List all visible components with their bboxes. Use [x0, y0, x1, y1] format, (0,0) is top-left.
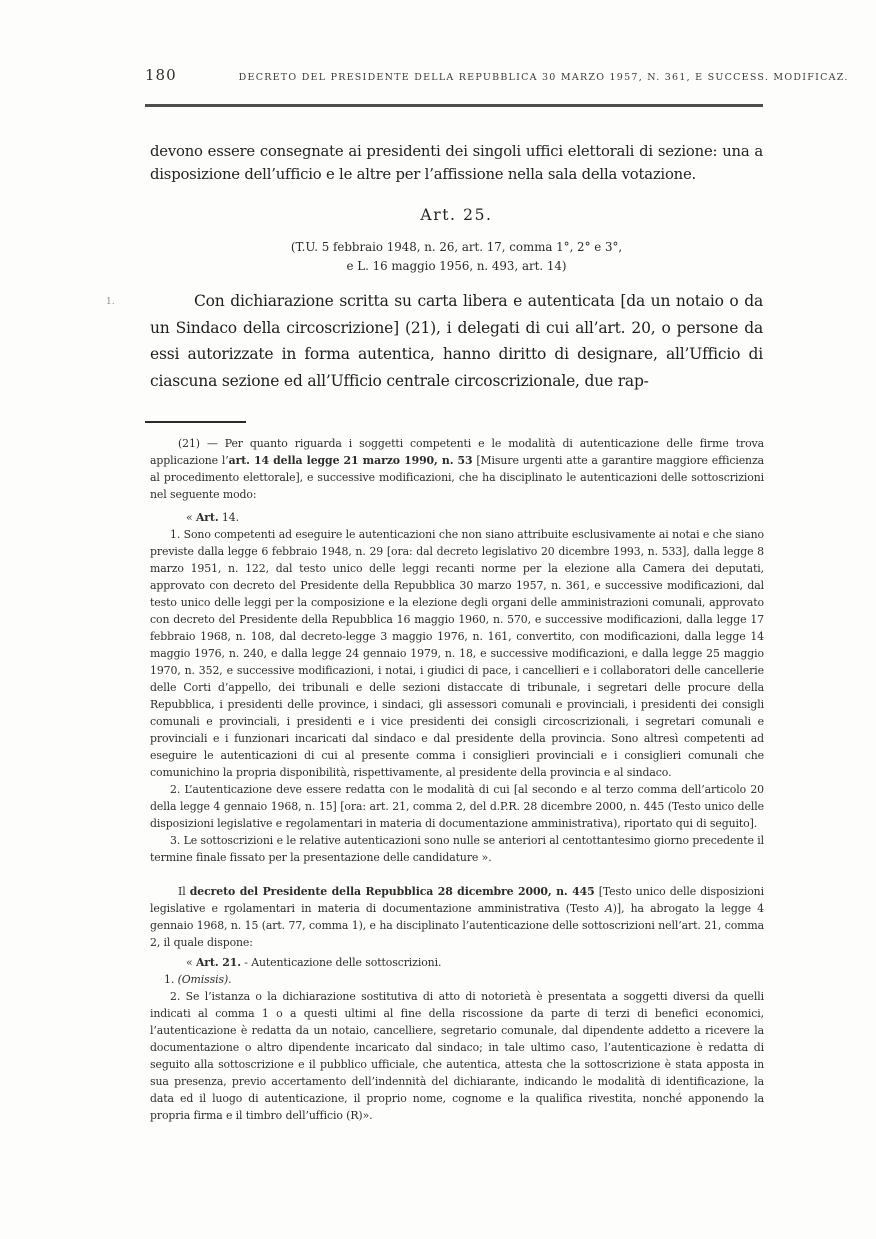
footnote-separator-rule [145, 421, 246, 423]
citation-block: (T.U. 5 febbraio 1948, n. 26, art. 17, c… [150, 238, 763, 276]
header-rule [145, 104, 763, 107]
footnotes-section: (21) — Per quanto riguarda i soggetti co… [150, 435, 764, 1124]
running-header: 180 DECRETO DEL PRESIDENTE DELLA REPUBBL… [145, 66, 763, 84]
citation-line-2: e L. 16 maggio 1956, n. 493, art. 14) [150, 257, 763, 276]
footnote-art21-comma1: 1. (Omissis). [150, 971, 764, 988]
footnote-art14-heading: « Art. 14. [150, 509, 764, 526]
page-number: 180 [145, 66, 177, 84]
article-paragraph: Con dichiarazione scritta su carta liber… [150, 288, 763, 394]
footnote-art21-heading: « Art. 21. - Autenticazione delle sottos… [150, 954, 764, 971]
footnote-art14-comma1: 1. Sono competenti ad eseguire le autent… [150, 526, 764, 781]
footnote-art21-comma2: 2. Se l’istanza o la dichiarazione sosti… [150, 988, 764, 1124]
margin-comma-number: 1. [106, 297, 115, 307]
intro-paragraph: devono essere consegnate ai presidenti d… [150, 140, 763, 186]
running-title: DECRETO DEL PRESIDENTE DELLA REPUBBLICA … [239, 72, 849, 83]
article-heading: Art. 25. [150, 206, 763, 224]
document-page: 180 DECRETO DEL PRESIDENTE DELLA REPUBBL… [0, 0, 876, 1239]
footnote-art14-comma3: 3. Le sottoscrizioni e le relative auten… [150, 832, 764, 866]
citation-line-1: (T.U. 5 febbraio 1948, n. 26, art. 17, c… [150, 238, 763, 257]
footnote-art14-comma2: 2. L’autenticazione deve essere redatta … [150, 781, 764, 832]
footnote-21-intro: (21) — Per quanto riguarda i soggetti co… [150, 435, 764, 503]
footnote-decree-2000: Il decreto del Presidente della Repubbli… [150, 883, 764, 951]
